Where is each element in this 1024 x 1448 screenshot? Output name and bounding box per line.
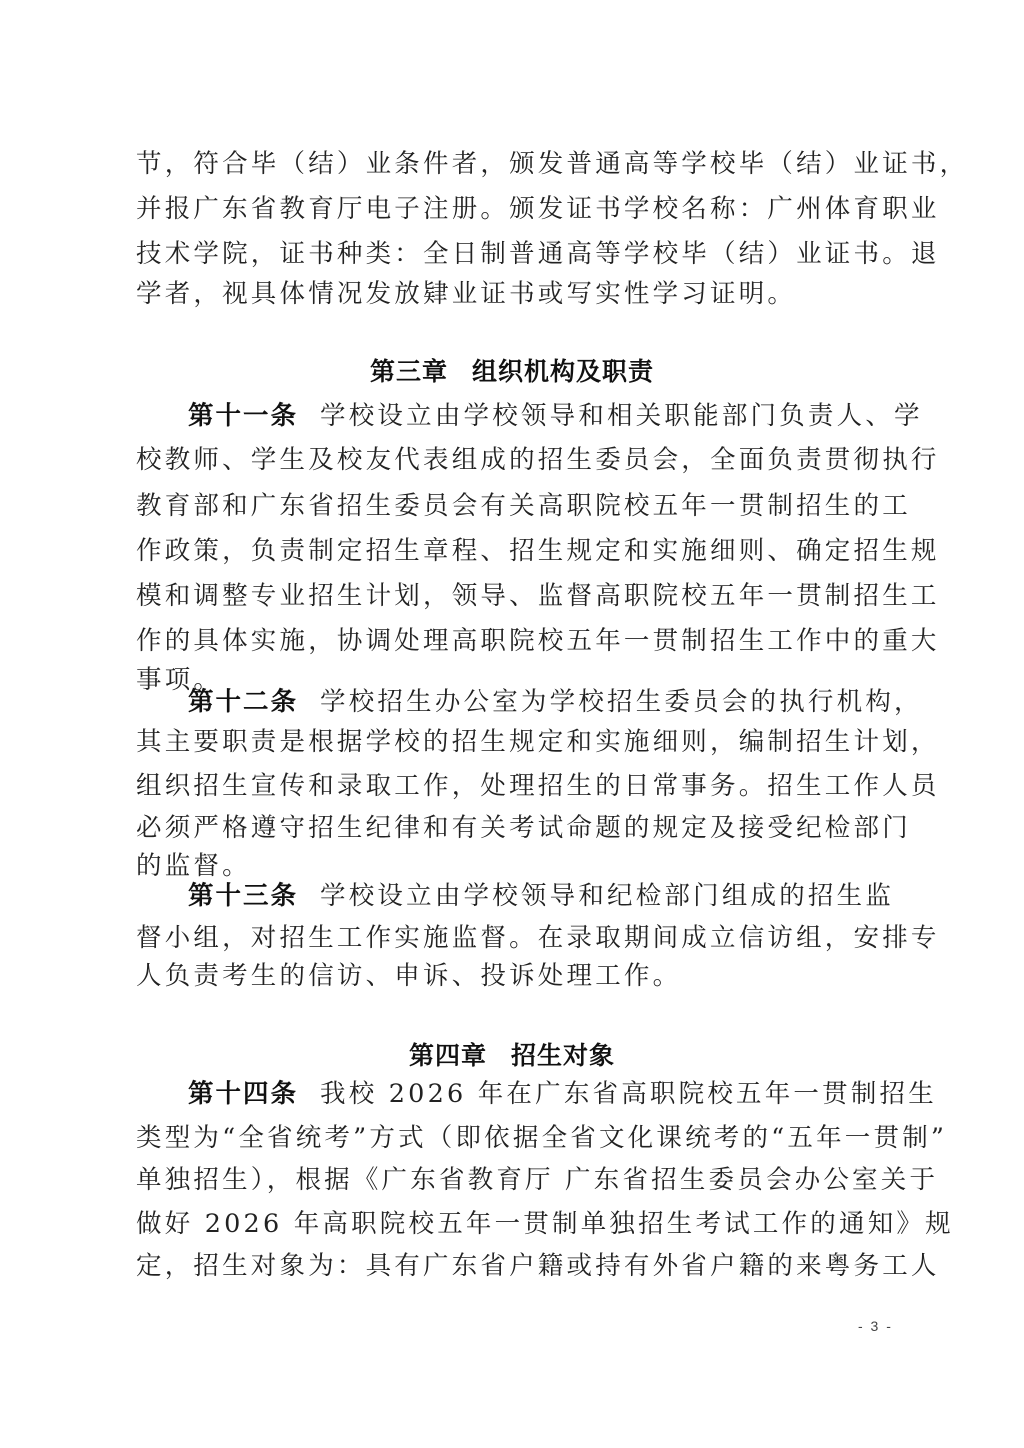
article-12-first-line: 第十二条学校招生办公室为学校招生委员会的执行机构， — [188, 682, 888, 722]
body-text-line: 必须严格遵守招生纪律和有关考试命题的规定及接受纪检部门 — [136, 808, 888, 848]
body-text-line: 组织招生宣传和录取工作，处理招生的日常事务。招生工作人员 — [136, 766, 888, 806]
page-number: - 3 - — [858, 1318, 893, 1334]
body-text-line: 并报广东省教育厅电子注册。颁发证书学校名称：广州体育职业 — [136, 189, 888, 229]
document-page: 节，符合毕（结）业条件者，颁发普通高等学校毕（结）业证书， 并报广东省教育厅电子… — [0, 0, 1024, 1448]
article-11-first-line: 第十一条学校设立由学校领导和相关职能部门负责人、学 — [188, 396, 888, 436]
body-text-line: 作政策，负责制定招生章程、招生规定和实施细则、确定招生规 — [136, 531, 888, 571]
article-text: 学校设立由学校领导和纪检部门组成的招生监 — [320, 881, 894, 911]
article-text: 我校 2026 年在广东省高职院校五年一贯制招生 — [320, 1079, 937, 1109]
body-text-line: 做好 2026 年高职院校五年一贯制单独招生考试工作的通知》规 — [136, 1204, 888, 1244]
chapter-title: 组织机构及职责 — [472, 357, 654, 386]
chapter-heading-3: 第三章组织机构及职责 — [0, 352, 1024, 392]
chapter-number: 第三章 — [370, 357, 448, 386]
body-text-line: 节，符合毕（结）业条件者，颁发普通高等学校毕（结）业证书， — [136, 144, 888, 184]
body-text-line: 学者，视具体情况发放肄业证书或写实性学习证明。 — [136, 274, 888, 314]
body-text-line: 其主要职责是根据学校的招生规定和实施细则，编制招生计划， — [136, 722, 888, 762]
body-text-line: 校教师、学生及校友代表组成的招生委员会，全面负责贯彻执行 — [136, 440, 888, 480]
body-text-line: 类型为“全省统考”方式（即依据全省文化课统考的“五年一贯制” — [136, 1118, 888, 1158]
body-text-line: 模和调整专业招生计划，领导、监督高职院校五年一贯制招生工 — [136, 576, 888, 616]
article-label: 第十一条 — [188, 401, 298, 431]
article-label: 第十二条 — [188, 687, 298, 717]
article-text: 学校设立由学校领导和相关职能部门负责人、学 — [320, 401, 923, 431]
body-text-line: 督小组，对招生工作实施监督。在录取期间成立信访组，安排专 — [136, 918, 888, 958]
body-text-line: 技术学院，证书种类：全日制普通高等学校毕（结）业证书。退 — [136, 234, 888, 274]
body-text-line: 人负责考生的信访、申诉、投诉处理工作。 — [136, 956, 888, 996]
article-13-first-line: 第十三条学校设立由学校领导和纪检部门组成的招生监 — [188, 876, 888, 916]
body-text-line: 定，招生对象为：具有广东省户籍或持有外省户籍的来粤务工人 — [136, 1246, 888, 1286]
chapter-heading-4: 第四章招生对象 — [0, 1036, 1024, 1076]
article-14-first-line: 第十四条我校 2026 年在广东省高职院校五年一贯制招生 — [188, 1074, 888, 1114]
chapter-title: 招生对象 — [511, 1041, 615, 1070]
body-text-line: 单独招生），根据《广东省教育厅 广东省招生委员会办公室关于 — [136, 1160, 888, 1200]
chapter-number: 第四章 — [409, 1041, 487, 1070]
body-text-line: 作的具体实施，协调处理高职院校五年一贯制招生工作中的重大 — [136, 621, 888, 661]
article-label: 第十四条 — [188, 1079, 298, 1109]
article-label: 第十三条 — [188, 881, 298, 911]
body-text-line: 教育部和广东省招生委员会有关高职院校五年一贯制招生的工 — [136, 486, 888, 526]
article-text: 学校招生办公室为学校招生委员会的执行机构， — [320, 687, 923, 717]
